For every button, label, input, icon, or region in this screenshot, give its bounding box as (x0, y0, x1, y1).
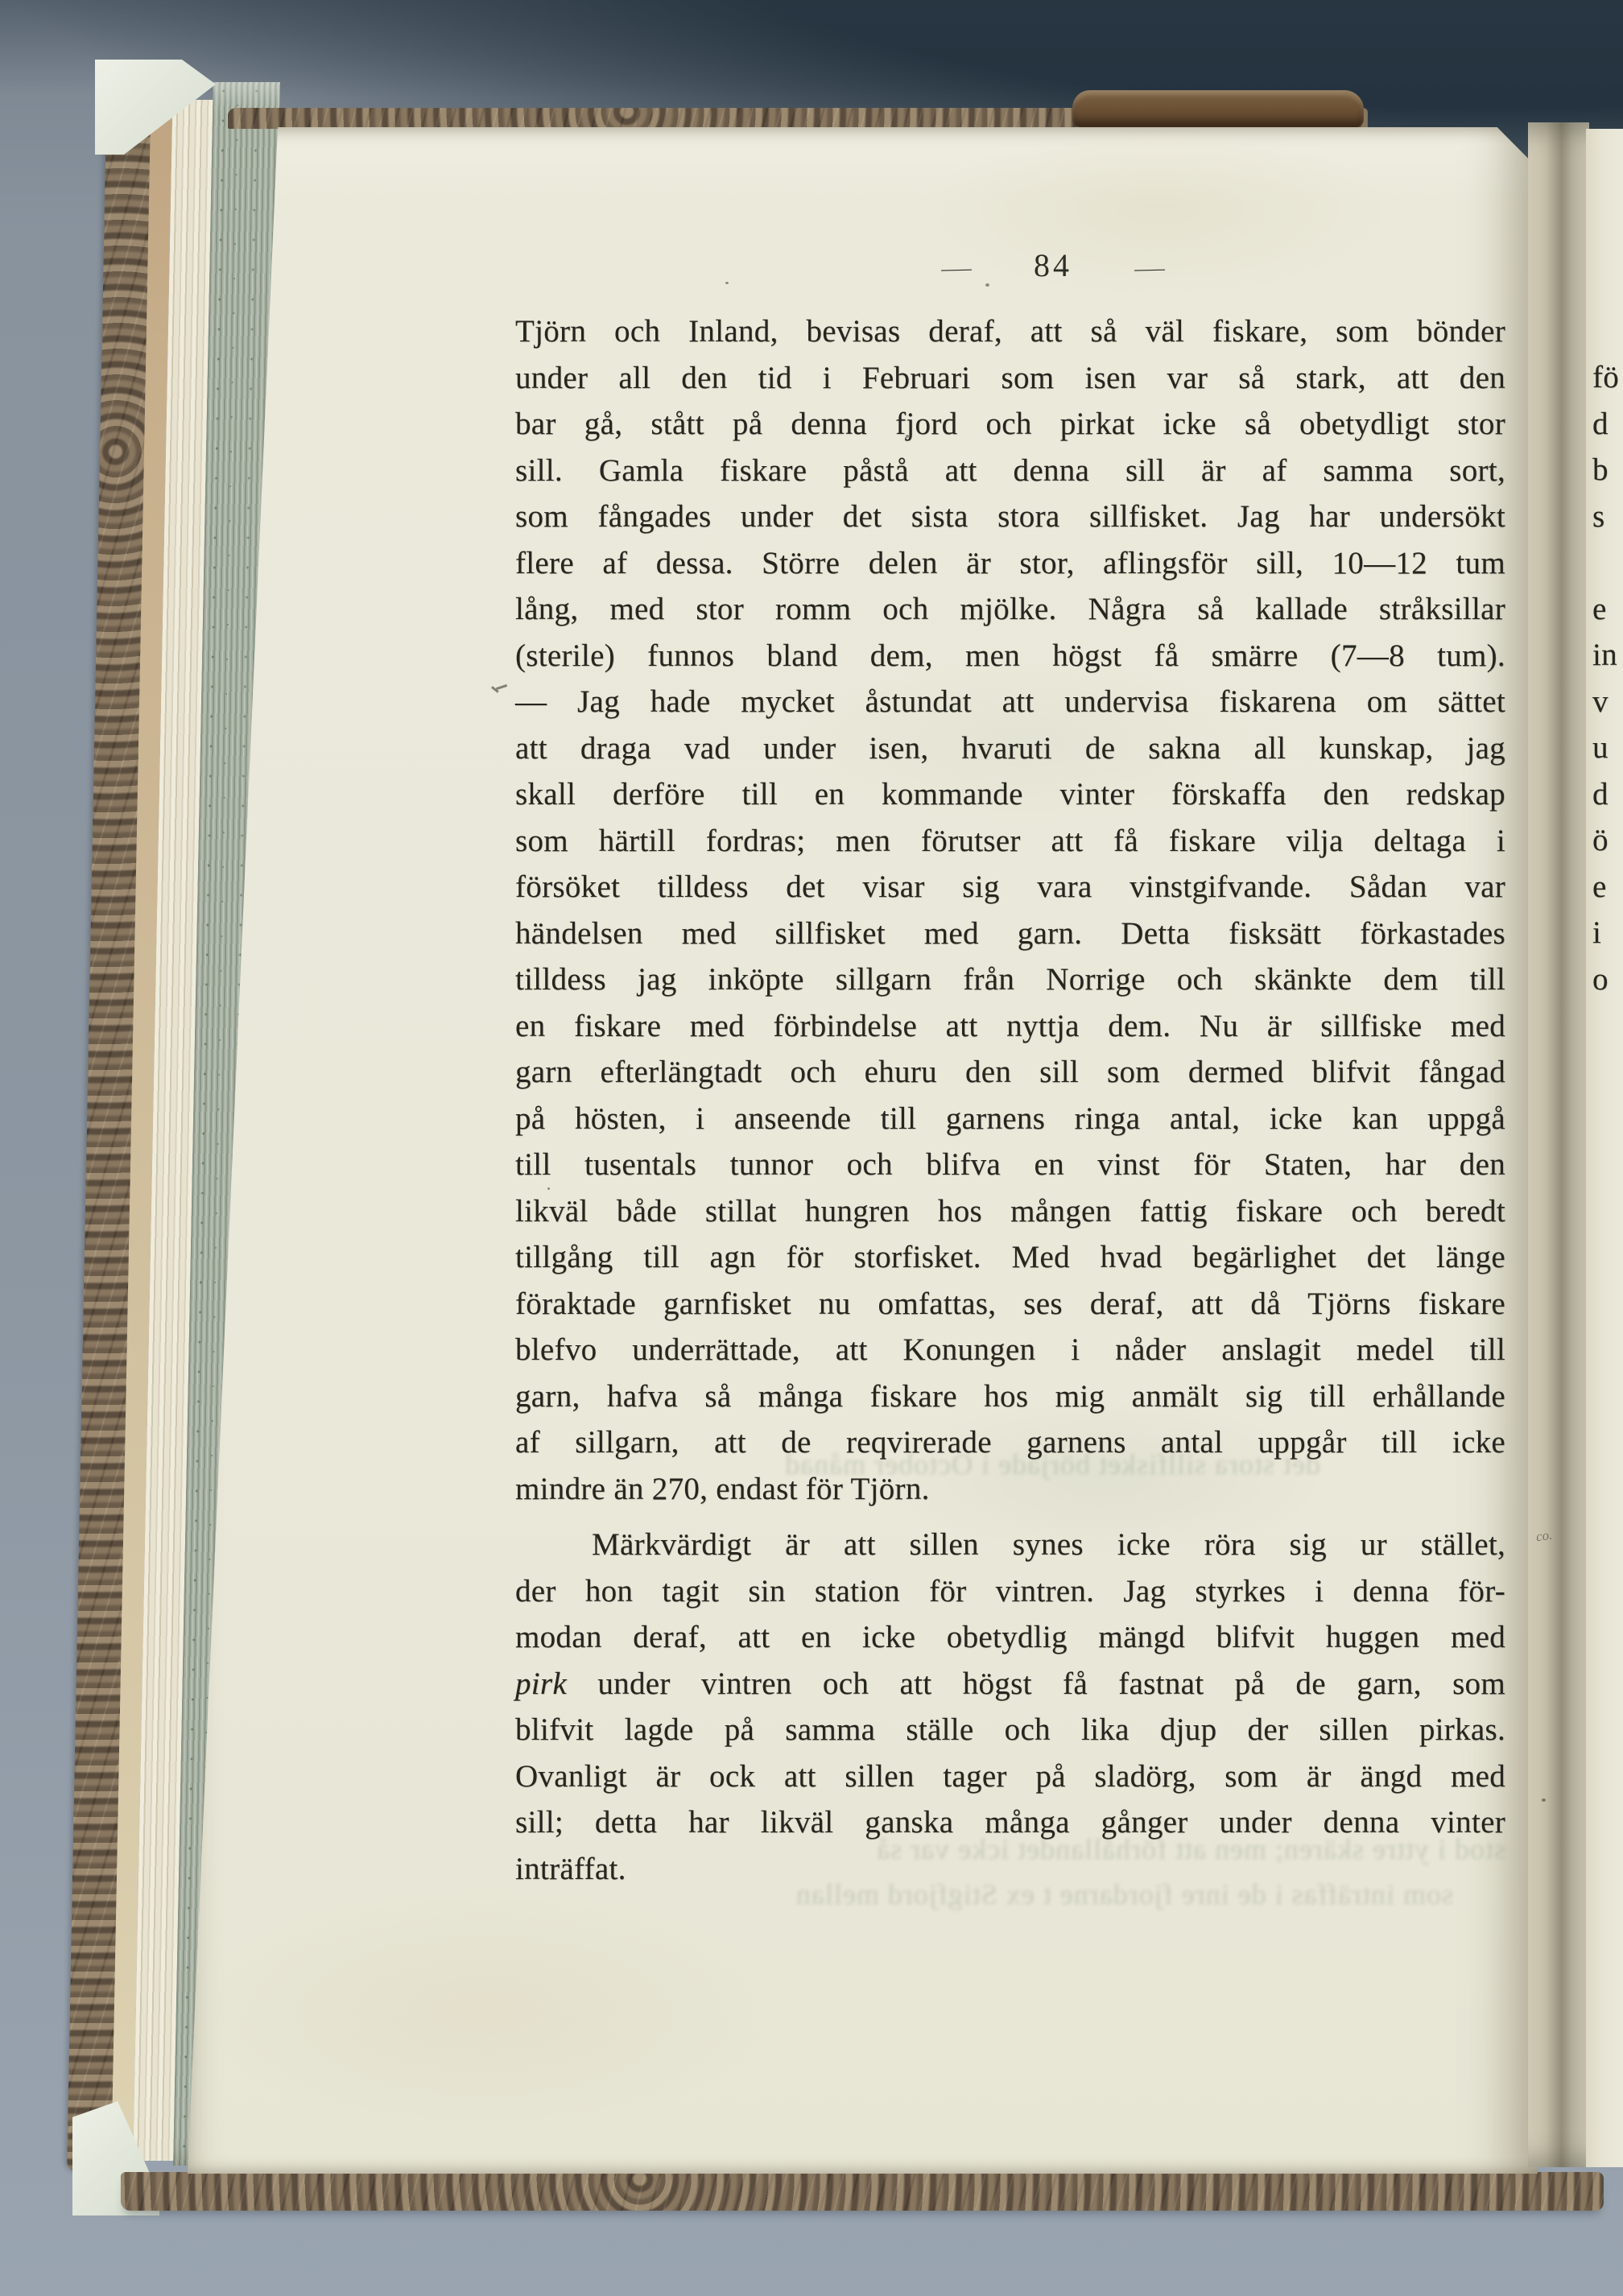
text-line: att draga vad under isen, hvaruti de sak… (515, 725, 1505, 772)
leather-spine-roll (1072, 90, 1364, 127)
text-line: Tjörn och Inland, bevisas deraf, att så … (515, 308, 1505, 355)
page-text: Tjörn och Inland, bevisas deraf, att så … (515, 308, 1505, 1892)
text-line: en fiskare med förbindelse att nyttja de… (515, 1003, 1505, 1050)
text-line: tillgång till agn för storfisket. Med hv… (515, 1234, 1505, 1281)
text-line: lång, med stor romm och mjölke. Några så… (515, 586, 1505, 633)
bleedthrough-line: det stora sillfisket började i October m… (692, 1447, 1320, 1481)
facing-fragment: e (1592, 864, 1607, 911)
facing-page-line-fragments: fö d b s e in v u d ö e i o (1592, 0, 1623, 2296)
facing-fragment: i (1592, 910, 1601, 956)
text-line: försöket tilldess det visar sig vara vin… (515, 864, 1505, 911)
facing-fragment: v (1592, 679, 1609, 725)
text-line: der hon tagit sin station för vintren. J… (515, 1568, 1505, 1615)
text-line: flere af dessa. Större delen är stor, af… (515, 540, 1505, 587)
paper-speck (725, 282, 729, 284)
text-line: — Jag hade mycket åstundat att undervisa… (515, 679, 1505, 725)
text-line: som fångades under det sista stora sillf… (515, 493, 1505, 540)
paragraph-1: Tjörn och Inland, bevisas deraf, att så … (515, 308, 1505, 1512)
text-line: modan deraf, att en icke obetydlig mängd… (515, 1614, 1505, 1661)
page-number: 84 (1034, 246, 1072, 284)
facing-fragment: d (1592, 401, 1609, 448)
facing-fragment: in (1592, 632, 1617, 679)
paper-speck (906, 435, 909, 438)
facing-fragment: s (1592, 493, 1604, 540)
margin-pen-tick-mark (489, 681, 507, 694)
facing-fragment: d (1592, 771, 1609, 818)
paper-speck (985, 283, 989, 287)
text-line: sill. Gamla fiskare påstå att denna sill… (515, 448, 1505, 494)
text-line: likväl både stillat hungren hos mången f… (515, 1188, 1505, 1235)
ink-dot (1542, 1798, 1546, 1802)
text-line: på hösten, i anseende till garnens ringa… (515, 1096, 1505, 1142)
text-line: till tusentals tunnor och blifva en vins… (515, 1142, 1505, 1188)
marbled-cover-bottom-edge (121, 2172, 1604, 2211)
book-page: — 84 — Tjörn och Inland, bevisas deraf, … (188, 127, 1538, 2174)
text-line: händelsen med sillfisket med garn. Detta… (515, 911, 1505, 957)
gutter-handwritten-note: co. (1535, 1527, 1554, 1546)
text-line: skall derföre till en kommande vinter fö… (515, 771, 1505, 818)
text-line: tilldess jag inköpte sillgarn från Norri… (515, 956, 1505, 1003)
facing-fragment: u (1592, 725, 1609, 771)
page-header: — 84 — (944, 246, 1162, 284)
facing-fragment: ö (1592, 817, 1609, 864)
text-line-rest: under vintren och att högst få fastnat p… (597, 1666, 1505, 1701)
bleedthrough-line: stod i yttre skären; men att förhållande… (451, 1832, 1505, 1866)
text-line: (sterile) funnos bland dem, men högst få… (515, 633, 1505, 679)
facing-fragment: o (1592, 956, 1609, 1003)
paper-speck (547, 1187, 550, 1190)
text-line: under all den tid i Februari som isen va… (515, 355, 1505, 402)
facing-fragment: e (1592, 586, 1607, 633)
text-line: pirk under vintren och att högst få fast… (515, 1661, 1505, 1708)
text-line: som härtill fordras; men förutser att få… (515, 818, 1505, 865)
text-line: blifvit lagde på samma ställe och lika d… (515, 1707, 1505, 1753)
bleedthrough-line: som inträffas i de inre fjordarne t ex S… (495, 1877, 1453, 1911)
italic-word: pirk (515, 1666, 567, 1701)
facing-fragment: fö (1592, 354, 1619, 401)
gutter-fold (1528, 122, 1589, 2167)
book-photograph: — 84 — Tjörn och Inland, bevisas deraf, … (0, 0, 1623, 2296)
header-dash-right: — (1134, 258, 1166, 280)
text-line: bar gå, stått på denna fjord och pirkat … (515, 401, 1505, 448)
text-line: föraktade garnfisket nu omfattas, ses de… (515, 1281, 1505, 1328)
text-line: garn, hafva så många fiskare hos mig anm… (515, 1373, 1505, 1420)
facing-fragment: b (1592, 447, 1609, 493)
text-line: Ovanligt är ock att sillen tager på slad… (515, 1753, 1505, 1800)
text-line: garn efterlängtadt och ehuru den sill so… (515, 1049, 1505, 1096)
text-line: blefvo underrättade, att Konungen i nåde… (515, 1327, 1505, 1373)
text-line: Märkvärdigt är att sillen synes icke rör… (515, 1522, 1505, 1568)
header-dash-left: — (941, 258, 973, 280)
